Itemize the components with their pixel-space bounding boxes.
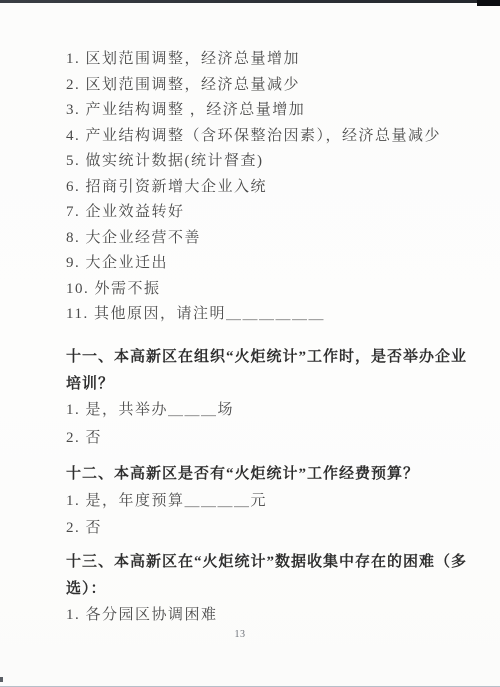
question-12: 十二、本高新区是否有“火炬统计”工作经费预算？ 1. 是，年度预算＿＿＿＿元 2… [66,461,466,543]
option-item: 2. 区划范围调整，经济总量减少 [66,73,466,99]
scan-top-edge-artifact [0,0,500,3]
option-item: 7. 企业效益转好 [66,200,466,226]
question-title: 培训？ [66,371,466,398]
page-number: 13 [0,629,480,640]
option-item: 2. 否 [66,425,466,453]
option-item-with-blank: 1. 是，年度预算＿＿＿＿元 [66,488,466,516]
question-13: 十三、本高新区在“火炬统计”数据收集中存在的困难（多 选）： 1. 各分园区协调… [66,549,466,630]
question-title: 十一、本高新区在组织“火炬统计”工作时，是否举办企业 [66,344,466,371]
option-item-with-blank: 1. 是，共举办＿＿＿场 [66,397,466,425]
option-item: 10. 外需不振 [66,277,466,303]
option-item: 5. 做实统计数据(统计督查) [66,149,466,175]
option-item: 2. 否 [66,515,466,543]
option-item: 1. 区划范围调整，经济总量增加 [66,47,466,73]
option-item: 6. 招商引资新增大企业入统 [66,175,466,201]
question-title: 十二、本高新区是否有“火炬统计”工作经费预算？ [66,461,466,488]
question-11: 十一、本高新区在组织“火炬统计”工作时，是否举办企业 培训？ 1. 是，共举办＿… [66,344,466,452]
option-item: 8. 大企业经营不善 [66,226,466,252]
question-10-options: 1. 区划范围调整，经济总量增加 2. 区划范围调整，经济总量减少 3. 产业结… [66,47,466,328]
scanned-document-page: 1. 区划范围调整，经济总量增加 2. 区划范围调整，经济总量减少 3. 产业结… [0,0,500,687]
option-item: 4. 产业结构调整（含环保整治因素），经济总量减少 [66,124,466,150]
scan-corner-mark-artifact [477,0,500,6]
question-title: 十三、本高新区在“火炬统计”数据收集中存在的困难（多 [66,549,466,576]
scan-speck-artifact [0,677,3,682]
option-item: 9. 大企业迁出 [66,251,466,277]
option-item-with-blank: 11. 其他原因，请注明＿＿＿＿＿＿ [66,302,466,328]
option-item: 3. 产业结构调整 ，经济总量增加 [66,98,466,124]
question-title: 选）： [66,576,466,603]
option-item: 1. 各分园区协调困难 [66,602,466,630]
